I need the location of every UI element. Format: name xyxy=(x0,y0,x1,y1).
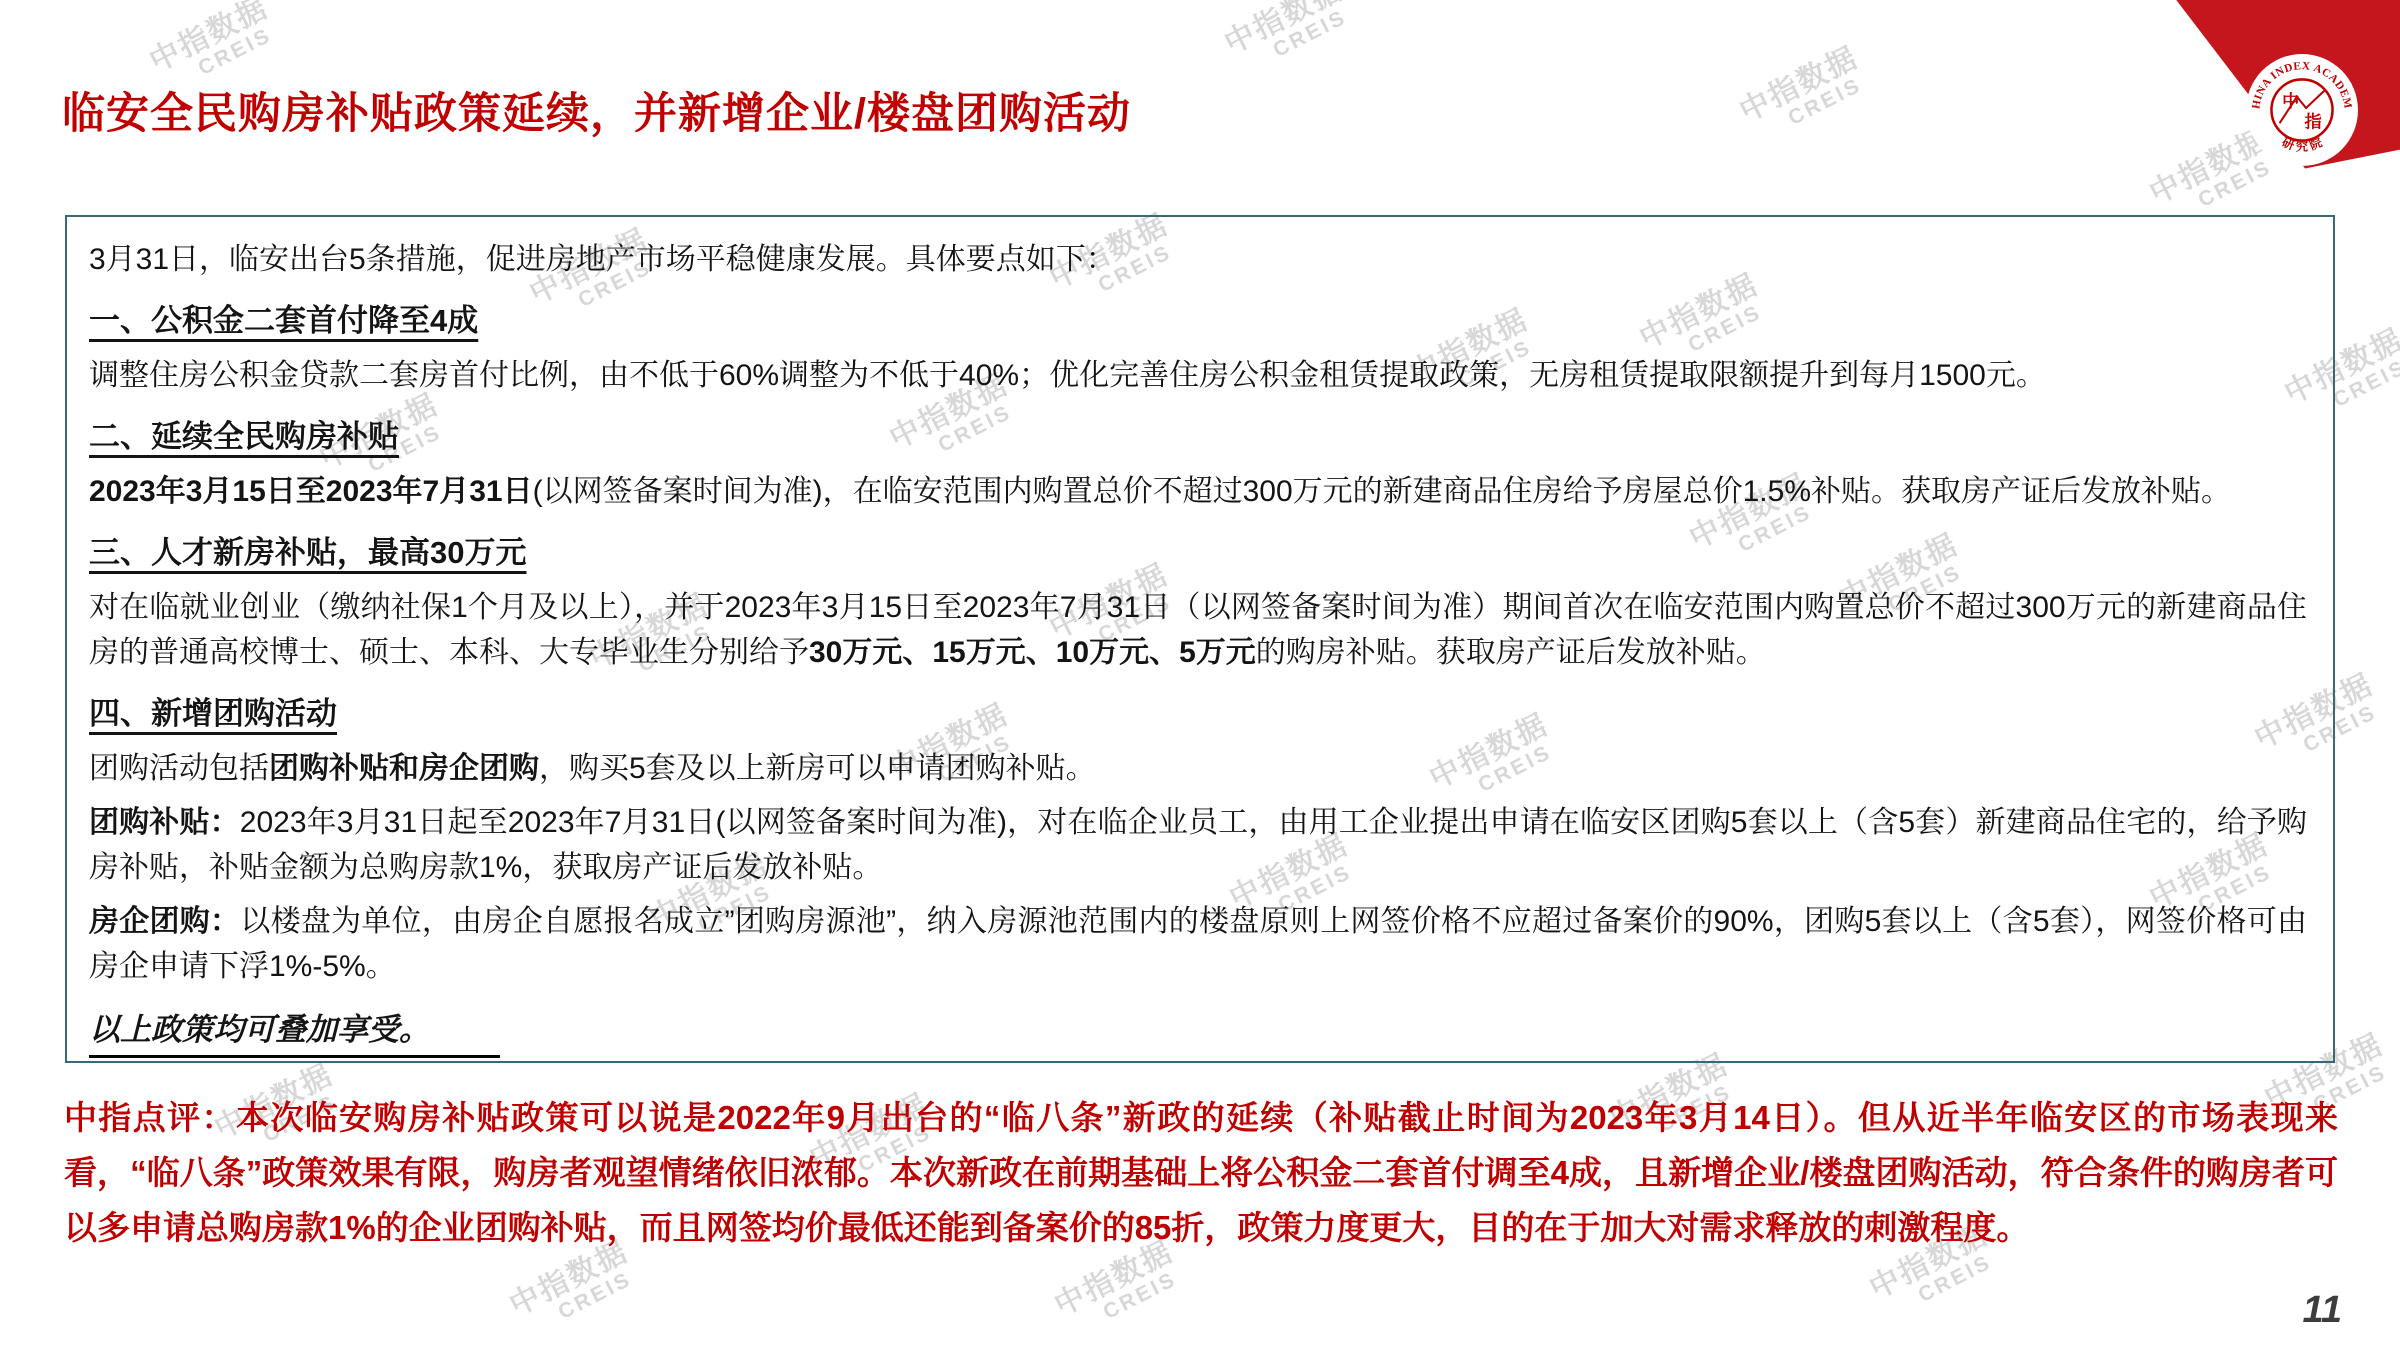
slide-title: 临安全民购房补贴政策延续，并新增企业/楼盘团购活动 xyxy=(62,80,1131,141)
page-number: 11 xyxy=(2303,1289,2342,1332)
creis-watermark: 中指数据CREIS xyxy=(1220,0,1358,80)
policy-sections: 一、公积金二套首付降至4成调整住房公积金贷款二套房首付比例，由不低于60%调整为… xyxy=(89,295,2307,989)
creis-watermark: 中指数据CREIS xyxy=(1735,42,1873,148)
slide: 中指数据CREIS中指数据CREIS中指数据CREIS中指数据CREIS中指数据… xyxy=(0,0,2400,1350)
policy-intro: 3月31日，临安出台5条措施，促进房地产市场平稳健康发展。具体要点如下： xyxy=(89,237,2307,282)
section-heading: 四、新增团购活动 xyxy=(89,688,337,733)
logo-seal-icon: CHINA INDEX ACADEMY 中 指 研 究 院 xyxy=(2246,54,2358,166)
section-paragraph: 团购补贴：2023年3月31日起至2023年7月31日(以网签备案时间为准)，对… xyxy=(89,800,2307,890)
logo-char-zhi: 指 xyxy=(2305,111,2322,131)
logo-char-zhong: 中 xyxy=(2282,91,2299,111)
section-heading: 一、公积金二套首付降至4成 xyxy=(89,295,478,340)
section-paragraph: 团购活动包括团购补贴和房企团购，购买5套及以上新房可以申请团购补贴。 xyxy=(89,746,2307,791)
section-paragraph: 房企团购：以楼盘为单位，由房企自愿报名成立”团购房源池”，纳入房源池范围内的楼盘… xyxy=(89,899,2307,989)
policy-box: 3月31日，临安出台5条措施，促进房地产市场平稳健康发展。具体要点如下： 一、公… xyxy=(65,215,2335,1063)
commentary-text: 中指点评：本次临安购房补贴政策可以说是2022年9月出台的“临八条”新政的延续（… xyxy=(64,1090,2338,1255)
section-paragraph: 对在临就业创业（缴纳社保1个月及以上），并于2023年3月15日至2023年7月… xyxy=(89,585,2307,675)
section-heading: 二、延续全民购房补贴 xyxy=(89,411,399,456)
section-paragraph: 调整住房公积金贷款二套房首付比例，由不低于60%调整为不低于40%；优化完善住房… xyxy=(89,353,2307,398)
china-index-academy-logo: CHINA INDEX ACADEMY 中 指 研 究 院 xyxy=(2246,54,2358,166)
section-paragraph: 2023年3月15日至2023年7月31日(以网签备案时间为准)，在临安范围内购… xyxy=(89,469,2307,514)
section-heading: 三、人才新房补贴，最高30万元 xyxy=(89,527,526,572)
policy-footer-note: 以上政策均可叠加享受。 xyxy=(89,1004,500,1058)
